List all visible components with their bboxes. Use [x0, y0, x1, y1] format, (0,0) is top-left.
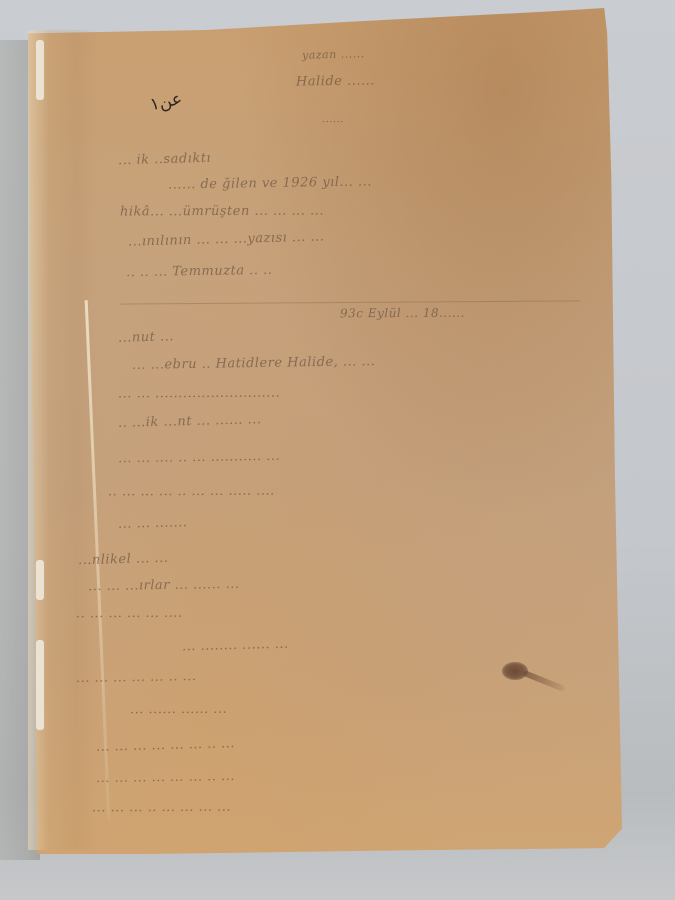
handwritten-line: ... ... ... .. ... ... ... ... [92, 800, 231, 816]
handwritten-line: ... ...... ...... ... [130, 702, 227, 718]
handwritten-line: ... ... ....... [118, 515, 188, 532]
spine-tear-top [36, 40, 44, 100]
handwritten-line: ... ... ........................... [118, 386, 280, 402]
handwritten-line: ... ... ...ırlar ... ...... ... [88, 577, 240, 594]
handwritten-line: ... ........ ...... ... [182, 637, 289, 655]
handwritten-line: ...nlikel ... ... [78, 551, 169, 568]
handwritten-line: .. .. ... Temmuzta .. .. [126, 263, 273, 280]
handwritten-line: .. ... ... ... .. ... ... ..... .... [108, 484, 275, 500]
handwritten-line: ... ik ..sadıktı [118, 151, 211, 168]
handwritten-line: ... ... ... ... ... .. ... [76, 669, 197, 686]
handwritten-line: yazan ...... [302, 47, 365, 62]
handwritten-line: ...... [322, 114, 344, 125]
handwritten-line: ...... de ğilen ve 1926 yıl... ... [168, 174, 372, 192]
book-cover [28, 8, 622, 854]
handwritten-line: ... ... .... .. ... ........... ... [118, 449, 280, 467]
handwritten-line: 93c Eylül ... 18...... [340, 306, 465, 321]
handwritten-line: Halide ...... [296, 73, 375, 89]
spine-tear-mid [36, 560, 44, 600]
handwritten-line: .. ... ... ... ... .... [76, 606, 183, 622]
handwritten-line: ...nut ... [118, 329, 174, 345]
handwritten-line: hikâ... ...ümrüşten ... ... ... ... [120, 203, 324, 219]
spine-tear-bottom [36, 640, 44, 730]
handwritten-line: ... ... ... ... ... ... .. ... [96, 769, 235, 786]
